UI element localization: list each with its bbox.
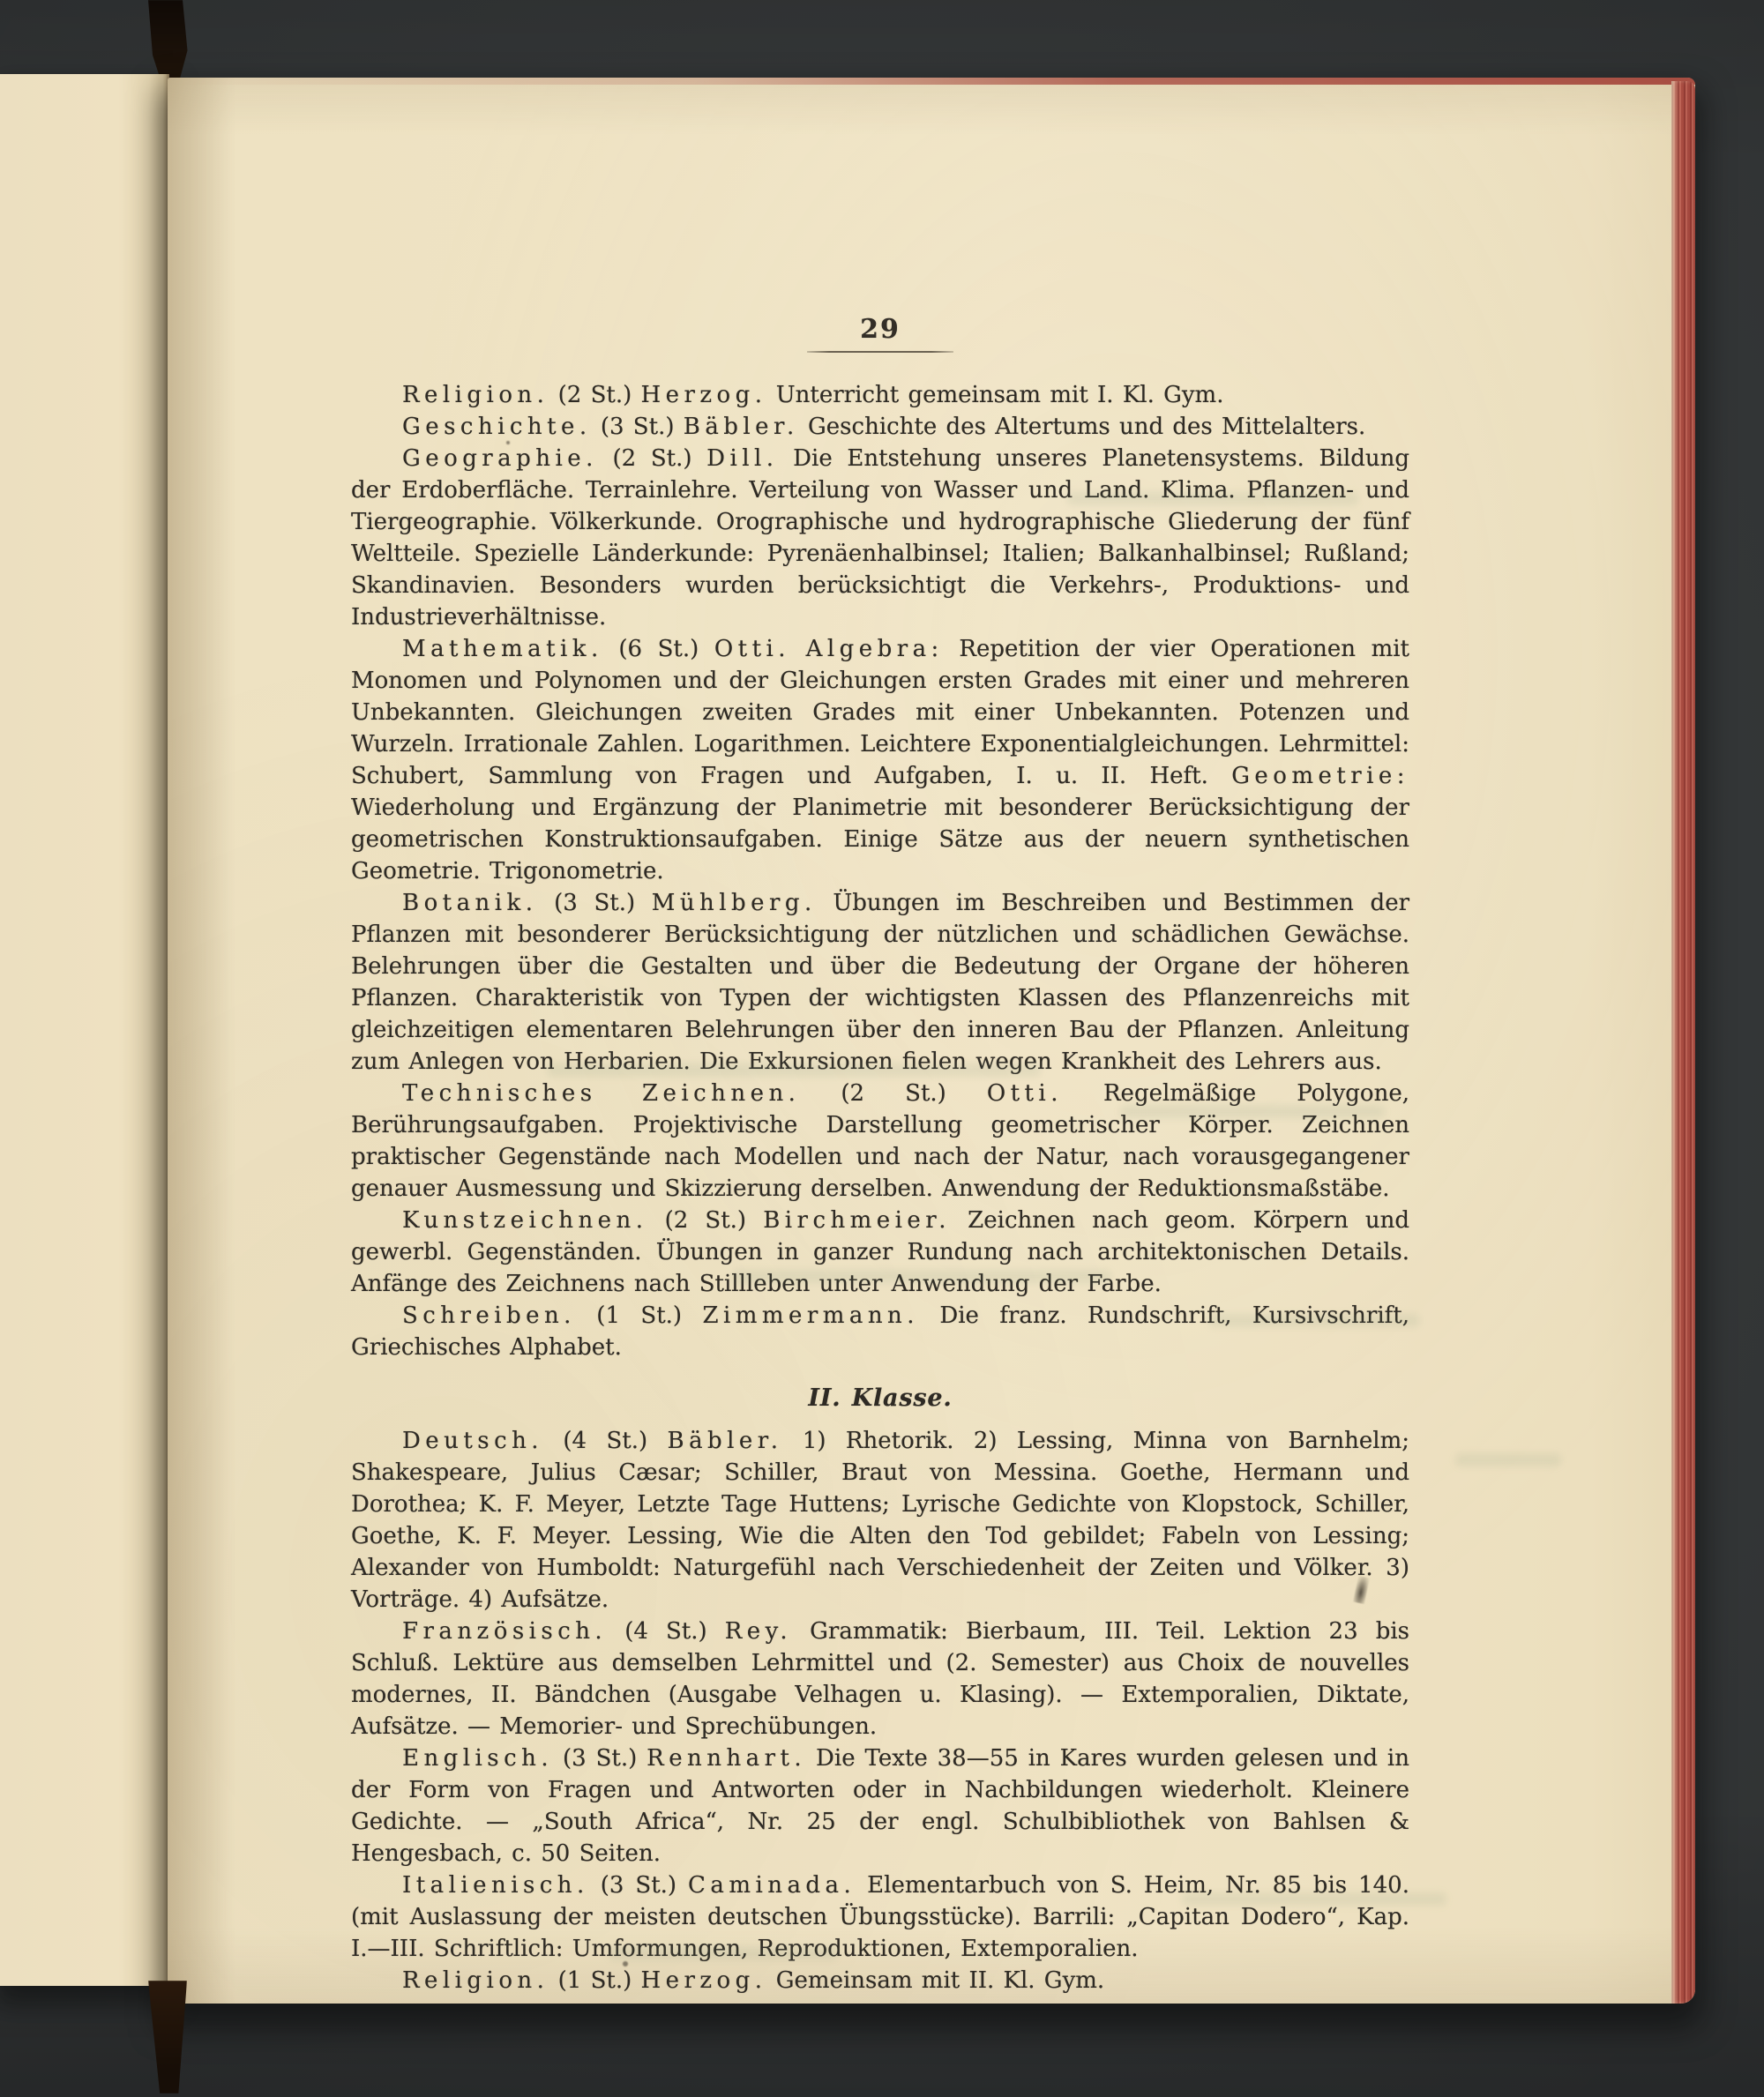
- show-through-line: [1455, 1453, 1561, 1466]
- emphasized-term: Bäbler.: [668, 1428, 783, 1454]
- body-run: (3 St.): [589, 1872, 688, 1899]
- body-run: Wiederholung und Ergänzung der Planimetr…: [351, 795, 1409, 884]
- emphasized-term: Geographie.: [402, 445, 598, 472]
- bookmark-ribbon-bottom-icon: [148, 1981, 187, 2093]
- emphasized-term: Kunstzeichnen.: [402, 1207, 647, 1234]
- body-run: Unterricht gemeinsam mit I. Kl. Gym.: [767, 382, 1224, 408]
- body-run: Geschichte des Altertums und des Mittela…: [799, 414, 1366, 440]
- text-block: 29 Religion. (2 St.) Herzog. Unterricht …: [351, 314, 1409, 1996]
- body-run: (4 St.): [543, 1428, 667, 1454]
- paragraph: Französisch. (4 St.) Rey. Grammatik: Bie…: [351, 1616, 1409, 1743]
- body-run: (4 St.): [607, 1618, 725, 1645]
- emphasized-term: Deutsch.: [402, 1428, 543, 1454]
- paragraph: Mathematik. (6 St.) Otti. Algebra: Repet…: [351, 633, 1409, 887]
- emphasized-term: Geometrie:: [1231, 763, 1409, 789]
- paragraph: Geographie. (2 St.) Dill. Die Entstehung…: [351, 443, 1409, 633]
- emphasized-term: Bäbler.: [684, 414, 799, 440]
- emphasized-term: Englisch.: [402, 1745, 553, 1772]
- body-run: (2 St.): [598, 445, 706, 472]
- page-number: 29: [351, 314, 1409, 346]
- body-run: Gemeinsam mit II. Kl. Gym.: [767, 1967, 1105, 1994]
- emphasized-term: Rey.: [725, 1618, 792, 1645]
- body-run: (1 St.): [549, 1967, 640, 1994]
- emphasized-term: Herzog.: [641, 382, 767, 408]
- emphasized-term: Otti.: [987, 1080, 1063, 1107]
- emphasized-term: Birchmeier.: [763, 1207, 951, 1234]
- book-page: 29 Religion. (2 St.) Herzog. Unterricht …: [168, 78, 1695, 2004]
- paragraph: Schreiben. (1 St.) Zimmermann. Die franz…: [351, 1300, 1409, 1363]
- paragraph: Technisches Zeichnen. (2 St.) Otti. Rege…: [351, 1078, 1409, 1205]
- emphasized-term: Italienisch.: [402, 1872, 589, 1899]
- section-heading: II. Klasse.: [351, 1383, 1409, 1414]
- emphasized-term: Geschichte.: [402, 414, 592, 440]
- red-fore-edge: [1671, 81, 1695, 2004]
- body-run: (6 St.): [603, 636, 714, 662]
- paragraph: Deutsch. (4 St.) Bäbler. 1) Rhetorik. 2)…: [351, 1425, 1409, 1616]
- paragraph: Italienisch. (3 St.) Caminada. Elementar…: [351, 1869, 1409, 1965]
- emphasized-term: Botanik.: [402, 890, 537, 916]
- emphasized-term: Caminada.: [688, 1872, 856, 1899]
- body-run: Übungen im Beschreiben und Bestimmen der…: [351, 890, 1409, 1075]
- body-run: (3 St.): [553, 1745, 647, 1772]
- emphasized-term: Technisches Zeichnen.: [402, 1080, 800, 1107]
- emphasized-term: Französisch.: [402, 1618, 607, 1645]
- body-text: Religion. (2 St.) Herzog. Unterricht gem…: [351, 379, 1409, 1996]
- body-run: [790, 636, 806, 662]
- paragraph: Geschichte. (3 St.) Bäbler. Geschichte d…: [351, 411, 1409, 443]
- emphasized-term: Religion.: [402, 382, 549, 408]
- paper-speck: [623, 1961, 628, 1966]
- paragraph: Kunstzeichnen. (2 St.) Birchmeier. Zeich…: [351, 1205, 1409, 1300]
- emphasized-term: Mathematik.: [402, 636, 603, 662]
- emphasized-term: Herzog.: [641, 1967, 767, 1994]
- body-run: (2 St.): [549, 382, 640, 408]
- photo-backdrop: { "page": { "number": "29" }, "colors": …: [0, 0, 1764, 2097]
- body-run: (2 St.): [647, 1207, 763, 1234]
- paragraph: Religion. (2 St.) Herzog. Unterricht gem…: [351, 379, 1409, 411]
- body-run: (3 St.): [537, 890, 651, 916]
- body-run: Die Entstehung unseres Planetensystems. …: [351, 445, 1409, 631]
- emphasized-term: Schreiben.: [402, 1302, 576, 1329]
- emphasized-term: Dill.: [706, 445, 778, 472]
- emphasized-term: Mühlberg.: [652, 890, 817, 916]
- emphasized-term: Otti.: [714, 636, 790, 662]
- body-run: 1) Rhetorik. 2) Lessing, Minna von Barnh…: [351, 1428, 1409, 1613]
- emphasized-term: Rennhart.: [647, 1745, 806, 1772]
- paragraph: Religion. (1 St.) Herzog. Gemeinsam mit …: [351, 1965, 1409, 1996]
- emphasized-term: Religion.: [402, 1967, 549, 1994]
- paragraph: Botanik. (3 St.) Mühlberg. Übungen im Be…: [351, 887, 1409, 1078]
- emphasized-term: Algebra:: [806, 636, 944, 662]
- red-top-edge: [168, 78, 1695, 85]
- emphasized-term: Zimmermann.: [703, 1302, 919, 1329]
- paragraph: Englisch. (3 St.) Rennhart. Die Texte 38…: [351, 1743, 1409, 1869]
- facing-page-edge: [0, 74, 169, 1986]
- paper-speck: [506, 441, 510, 444]
- body-run: (2 St.): [800, 1080, 986, 1107]
- body-run: (1 St.): [576, 1302, 703, 1329]
- page-number-rule: [807, 351, 953, 353]
- body-run: (3 St.): [592, 414, 684, 440]
